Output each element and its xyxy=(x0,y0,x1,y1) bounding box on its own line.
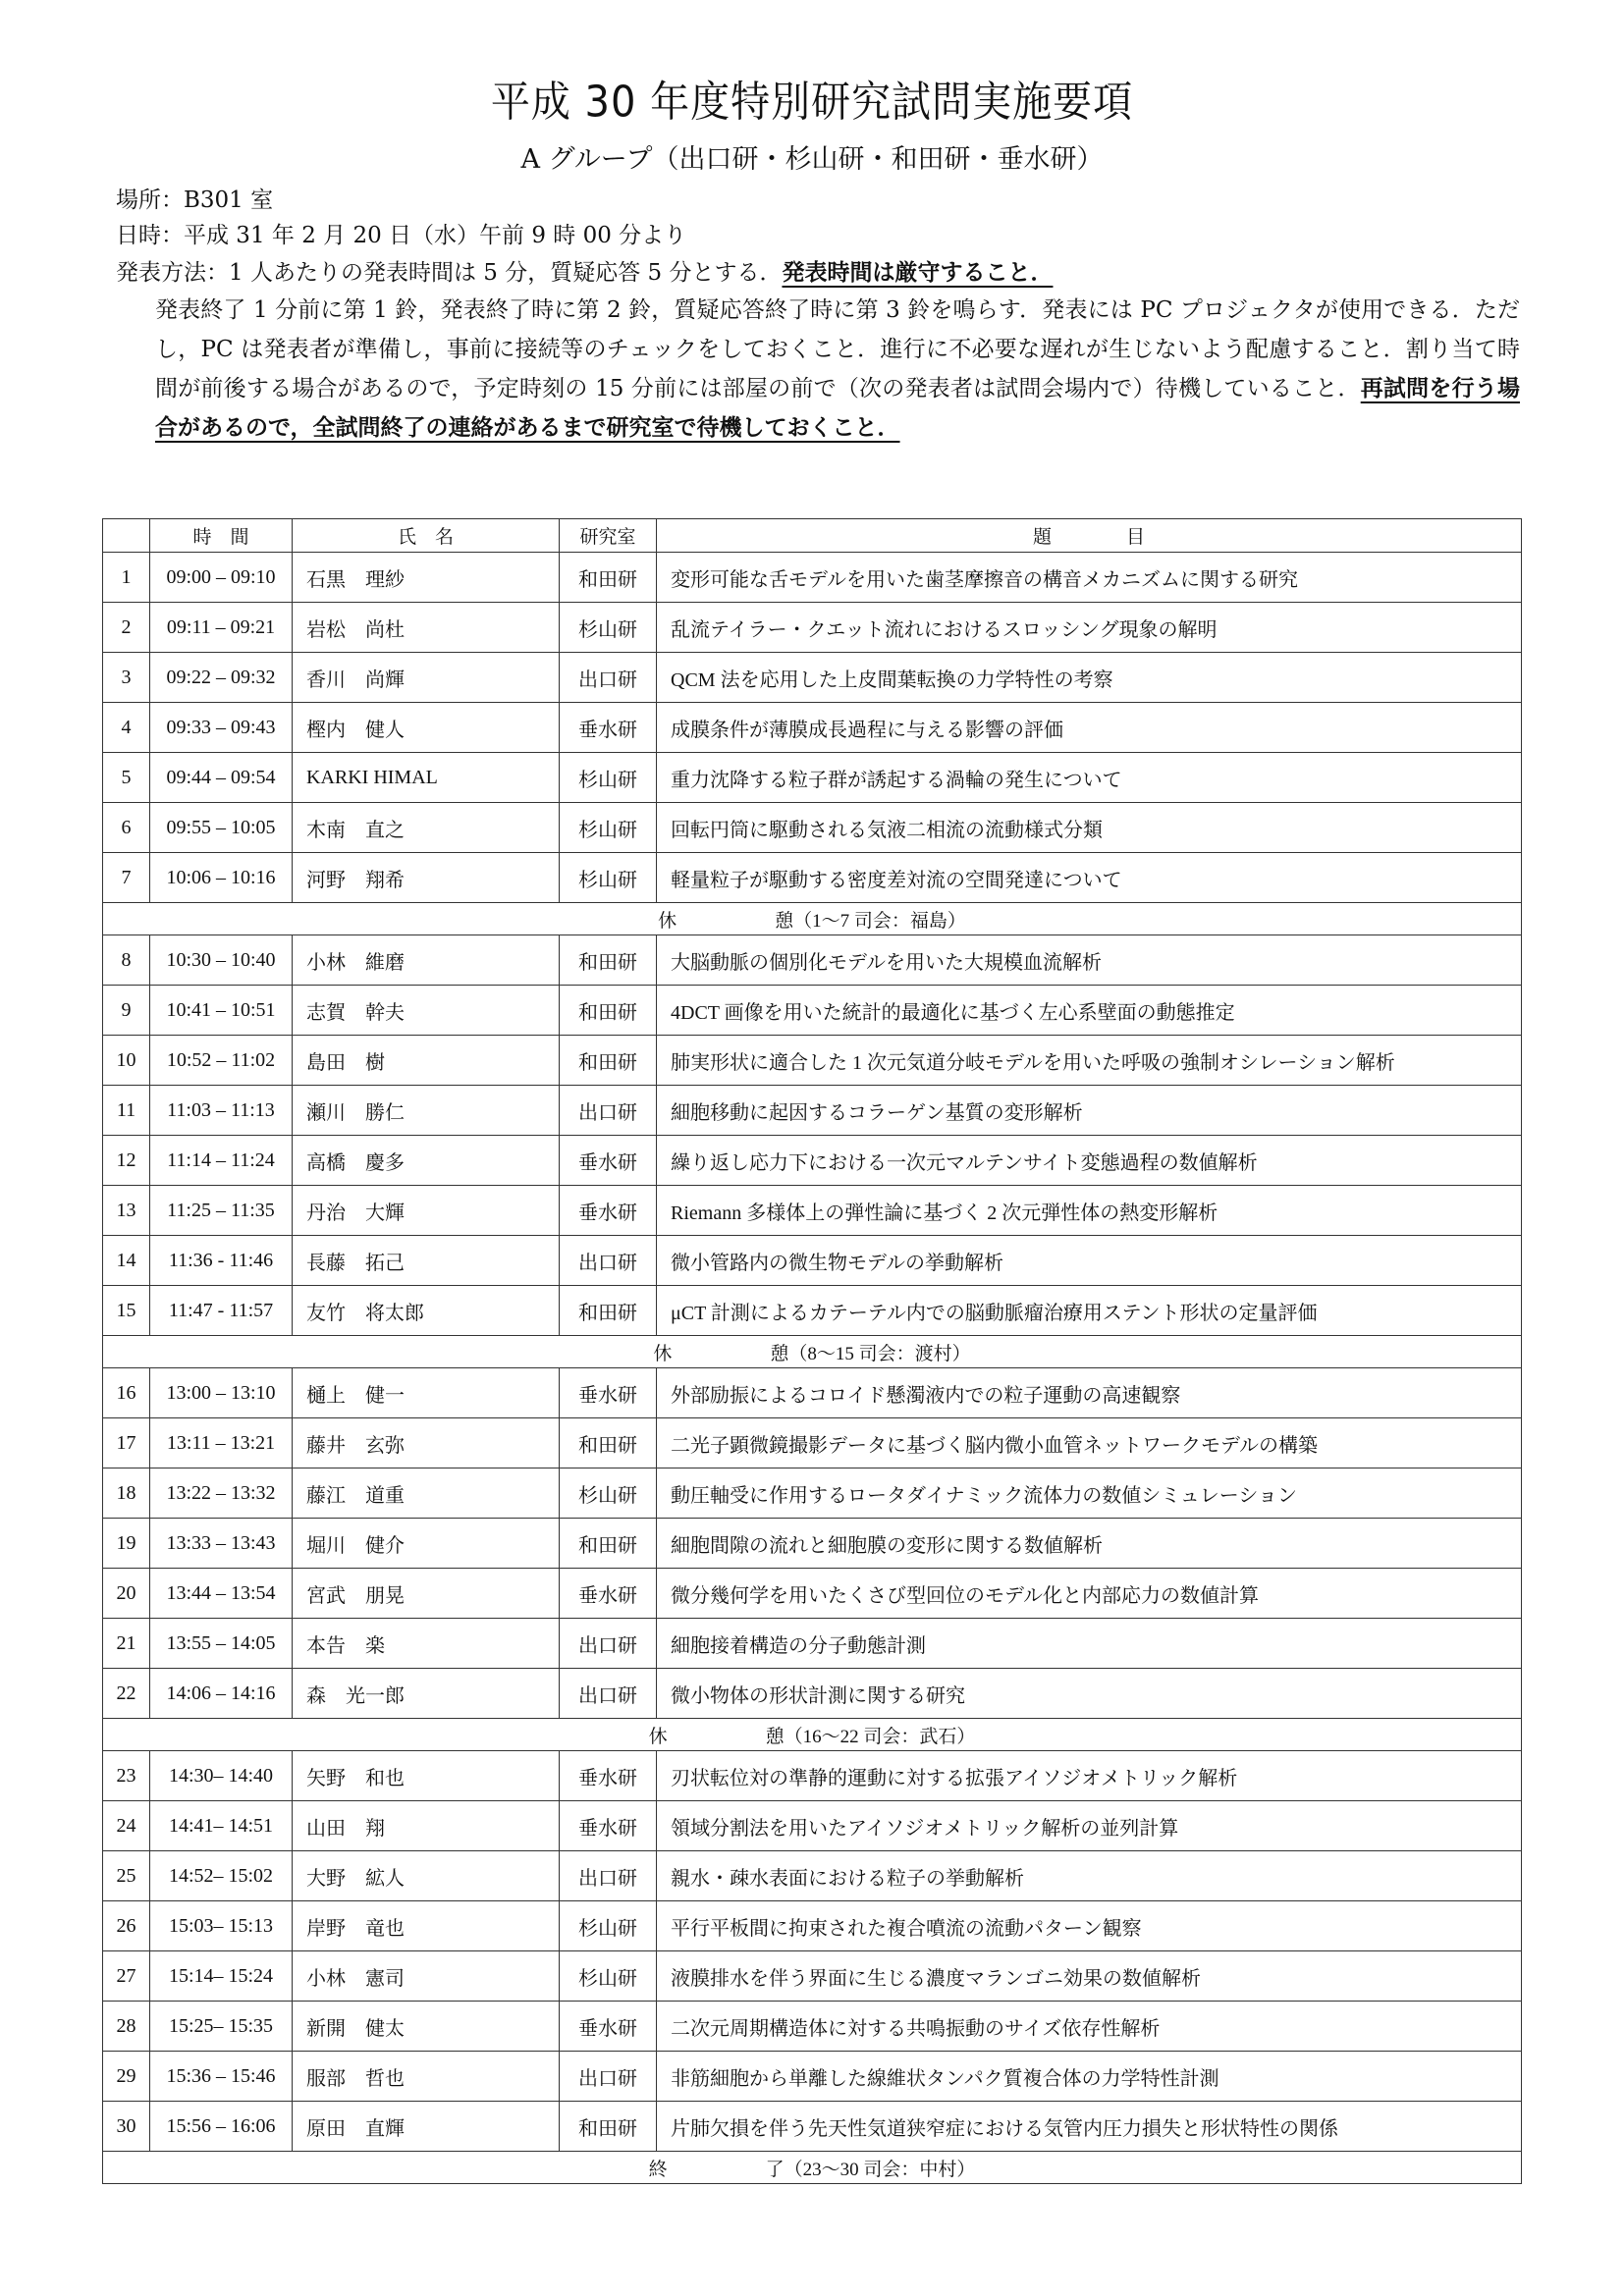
cell-lab: 和田研 xyxy=(560,986,657,1036)
table-row: 1111:03 – 11:13瀬川 勝仁出口研細胞移動に起因するコラーゲン基質の… xyxy=(103,1086,1522,1136)
cell-no: 27 xyxy=(103,1951,150,2002)
table-row: 1613:00 – 13:10樋上 健一垂水研外部励振によるコロイド懸濁液内での… xyxy=(103,1368,1522,1418)
cell-lab: 和田研 xyxy=(560,1286,657,1336)
break-row: 休憩（8〜15 司会：渡村） xyxy=(103,1336,1522,1368)
cell-lab: 杉山研 xyxy=(560,1468,657,1519)
cell-lab: 和田研 xyxy=(560,1418,657,1468)
cell-topic: 細胞移動に起因するコラーゲン基質の変形解析 xyxy=(657,1086,1522,1136)
cell-topic: 刃状転位対の準静的運動に対する拡張アイソジオメトリック解析 xyxy=(657,1751,1522,1801)
table-row: 2715:14– 15:24小林 憲司杉山研液膜排水を伴う界面に生じる濃度マラン… xyxy=(103,1951,1522,2002)
break-cell: 休憩（8〜15 司会：渡村） xyxy=(103,1336,1522,1368)
cell-topic: 微小管路内の微生物モデルの挙動解析 xyxy=(657,1236,1522,1286)
cell-lab: 出口研 xyxy=(560,653,657,703)
method-text: 発表方法：1 人あたりの発表時間は 5 分，質疑応答 5 分とする． xyxy=(116,260,782,286)
cell-lab: 和田研 xyxy=(560,1519,657,1569)
break-label-b: 憩（1〜7 司会：福島） xyxy=(775,911,966,932)
cell-no: 1 xyxy=(103,553,150,603)
cell-topic: 乱流テイラー・クエット流れにおけるスロッシング現象の解明 xyxy=(657,603,1522,653)
table-row: 1813:22 – 13:32藤江 道重杉山研動圧軸受に作用するロータダイナミッ… xyxy=(103,1468,1522,1519)
cell-topic: 二次元周期構造体に対する共鳴振動のサイズ依存性解析 xyxy=(657,2002,1522,2052)
break-label-b: 憩（8〜15 司会：渡村） xyxy=(770,1344,970,1364)
cell-topic: 片肺欠損を伴う先天性気道狭窄症における気管内圧力損失と形状特性の関係 xyxy=(657,2102,1522,2152)
cell-no: 16 xyxy=(103,1368,150,1418)
cell-no: 2 xyxy=(103,603,150,653)
cell-name: 矢野 和也 xyxy=(293,1751,560,1801)
cell-no: 30 xyxy=(103,2102,150,2152)
header-name: 氏 名 xyxy=(293,519,560,553)
cell-no: 7 xyxy=(103,853,150,903)
cell-name: 石黒 理紗 xyxy=(293,553,560,603)
table-row: 2113:55 – 14:05本告 楽出口研細胞接着構造の分子動態計測 xyxy=(103,1619,1522,1669)
cell-time: 10:30 – 10:40 xyxy=(150,935,293,986)
break-label-a: 休 xyxy=(658,906,677,933)
cell-lab: 杉山研 xyxy=(560,1901,657,1951)
cell-topic: 微分幾何学を用いたくさび型回位のモデル化と内部応力の数値計算 xyxy=(657,1569,1522,1619)
cell-name: 藤井 玄弥 xyxy=(293,1418,560,1468)
table-row: 2214:06 – 14:16森 光一郎出口研微小物体の形状計測に関する研究 xyxy=(103,1669,1522,1719)
cell-topic: 液膜排水を伴う界面に生じる濃度マランゴニ効果の数値解析 xyxy=(657,1951,1522,2002)
cell-lab: 杉山研 xyxy=(560,803,657,853)
cell-no: 20 xyxy=(103,1569,150,1619)
cell-lab: 杉山研 xyxy=(560,603,657,653)
table-row: 1311:25 – 11:35丹治 大輝垂水研Riemann 多様体上の弾性論に… xyxy=(103,1186,1522,1236)
method-line: 発表方法：1 人あたりの発表時間は 5 分，質疑応答 5 分とする．発表時間は厳… xyxy=(116,254,1053,287)
break-label-a: 終 xyxy=(649,2155,668,2181)
table-row: 409:33 – 09:43樫内 健人垂水研成膜条件が薄膜成長過程に与える影響の… xyxy=(103,703,1522,753)
cell-name: 丹治 大輝 xyxy=(293,1186,560,1236)
cell-topic: Riemann 多様体上の弾性論に基づく 2 次元弾性体の熱変形解析 xyxy=(657,1186,1522,1236)
table-row: 2615:03– 15:13岸野 竜也杉山研平行平板間に拘束された複合噴流の流動… xyxy=(103,1901,1522,1951)
cell-lab: 和田研 xyxy=(560,935,657,986)
table-row: 910:41 – 10:51志賀 幹夫和田研4DCT 画像を用いた統計的最適化に… xyxy=(103,986,1522,1036)
table-row: 309:22 – 09:32香川 尚輝出口研QCM 法を応用した上皮間葉転換の力… xyxy=(103,653,1522,703)
cell-time: 13:33 – 13:43 xyxy=(150,1519,293,1569)
cell-time: 10:41 – 10:51 xyxy=(150,986,293,1036)
cell-lab: 出口研 xyxy=(560,1669,657,1719)
header-no xyxy=(103,519,150,553)
cell-name: 友竹 将太郎 xyxy=(293,1286,560,1336)
cell-time: 09:55 – 10:05 xyxy=(150,803,293,853)
table-row: 1913:33 – 13:43堀川 健介和田研細胞間隙の流れと細胞膜の変形に関す… xyxy=(103,1519,1522,1569)
cell-time: 09:22 – 09:32 xyxy=(150,653,293,703)
cell-topic: 親水・疎水表面における粒子の挙動解析 xyxy=(657,1851,1522,1901)
cell-name: 原田 直輝 xyxy=(293,2102,560,2152)
cell-name: 高橋 慶多 xyxy=(293,1136,560,1186)
cell-time: 11:36 - 11:46 xyxy=(150,1236,293,1286)
break-row: 終了（23〜30 司会：中村） xyxy=(103,2152,1522,2184)
cell-time: 10:06 – 10:16 xyxy=(150,853,293,903)
cell-topic: 回転円筒に駆動される気液二相流の流動様式分類 xyxy=(657,803,1522,853)
break-row: 休憩（1〜7 司会：福島） xyxy=(103,903,1522,935)
cell-topic: 変形可能な舌モデルを用いた歯茎摩擦音の構音メカニズムに関する研究 xyxy=(657,553,1522,603)
break-cell: 休憩（16〜22 司会：武石） xyxy=(103,1719,1522,1751)
break-label-b: 憩（16〜22 司会：武石） xyxy=(766,1727,976,1747)
cell-topic: 繰り返し応力下における一次元マルテンサイト変態過程の数値解析 xyxy=(657,1136,1522,1186)
cell-no: 29 xyxy=(103,2052,150,2102)
cell-lab: 垂水研 xyxy=(560,1186,657,1236)
cell-no: 22 xyxy=(103,1669,150,1719)
cell-lab: 出口研 xyxy=(560,1619,657,1669)
cell-name: 木南 直之 xyxy=(293,803,560,853)
datetime-line: 日時：平成 31 年 2 月 20 日（水）午前 9 時 00 分より xyxy=(116,217,686,249)
document-title: 平成 30 年度特別研究試問実施要項 xyxy=(0,69,1624,130)
table-row: 810:30 – 10:40小林 維磨和田研大脳動脈の個別化モデルを用いた大規模… xyxy=(103,935,1522,986)
cell-no: 26 xyxy=(103,1901,150,1951)
schedule-table: 時 間 氏 名 研究室 題 目 109:00 – 09:10石黒 理紗和田研変形… xyxy=(102,518,1522,2184)
cell-lab: 和田研 xyxy=(560,1036,657,1086)
header-time: 時 間 xyxy=(150,519,293,553)
cell-time: 13:22 – 13:32 xyxy=(150,1468,293,1519)
table-row: 3015:56 – 16:06原田 直輝和田研片肺欠損を伴う先天性気道狭窄症にお… xyxy=(103,2102,1522,2152)
cell-name: 岩松 尚杜 xyxy=(293,603,560,653)
table-row: 1010:52 – 11:02島田 樹和田研肺実形状に適合した 1 次元気道分岐… xyxy=(103,1036,1522,1086)
cell-name: 新開 健太 xyxy=(293,2002,560,2052)
cell-time: 15:14– 15:24 xyxy=(150,1951,293,2002)
break-label-a: 休 xyxy=(649,1722,668,1748)
cell-topic: 動圧軸受に作用するロータダイナミック流体力の数値シミュレーション xyxy=(657,1468,1522,1519)
table-row: 2314:30– 14:40矢野 和也垂水研刃状転位対の準静的運動に対する拡張ア… xyxy=(103,1751,1522,1801)
cell-no: 11 xyxy=(103,1086,150,1136)
cell-no: 18 xyxy=(103,1468,150,1519)
cell-no: 10 xyxy=(103,1036,150,1086)
cell-time: 11:14 – 11:24 xyxy=(150,1136,293,1186)
cell-lab: 垂水研 xyxy=(560,1801,657,1851)
cell-topic: 細胞間隙の流れと細胞膜の変形に関する数値解析 xyxy=(657,1519,1522,1569)
cell-time: 15:03– 15:13 xyxy=(150,1901,293,1951)
table-row: 1411:36 - 11:46長藤 拓己出口研微小管路内の微生物モデルの挙動解析 xyxy=(103,1236,1522,1286)
cell-no: 13 xyxy=(103,1186,150,1236)
cell-no: 21 xyxy=(103,1619,150,1669)
cell-topic: 微小物体の形状計測に関する研究 xyxy=(657,1669,1522,1719)
cell-topic: 大脳動脈の個別化モデルを用いた大規模血流解析 xyxy=(657,935,1522,986)
cell-name: 河野 翔希 xyxy=(293,853,560,903)
cell-name: 長藤 拓己 xyxy=(293,1236,560,1286)
break-cell: 休憩（1〜7 司会：福島） xyxy=(103,903,1522,935)
cell-lab: 垂水研 xyxy=(560,1136,657,1186)
cell-no: 17 xyxy=(103,1418,150,1468)
cell-lab: 杉山研 xyxy=(560,753,657,803)
cell-topic: 細胞接着構造の分子動態計測 xyxy=(657,1619,1522,1669)
cell-name: 樫内 健人 xyxy=(293,703,560,753)
cell-no: 8 xyxy=(103,935,150,986)
cell-no: 24 xyxy=(103,1801,150,1851)
cell-topic: QCM 法を応用した上皮間葉転換の力学特性の考察 xyxy=(657,653,1522,703)
cell-topic: 平行平板間に拘束された複合噴流の流動パターン観察 xyxy=(657,1901,1522,1951)
table-row: 209:11 – 09:21岩松 尚杜杉山研乱流テイラー・クエット流れにおけるス… xyxy=(103,603,1522,653)
cell-no: 14 xyxy=(103,1236,150,1286)
method-emphasis: 発表時間は厳守すること． xyxy=(782,259,1053,286)
cell-time: 13:44 – 13:54 xyxy=(150,1569,293,1619)
cell-no: 15 xyxy=(103,1286,150,1336)
table-row: 509:44 – 09:54KARKI HIMAL杉山研重力沈降する粒子群が誘起… xyxy=(103,753,1522,803)
cell-topic: 軽量粒子が駆動する密度差対流の空間発達について xyxy=(657,853,1522,903)
cell-time: 15:56 – 16:06 xyxy=(150,2102,293,2152)
table-row: 2013:44 – 13:54宮武 朋晃垂水研微分幾何学を用いたくさび型回位のモ… xyxy=(103,1569,1522,1619)
cell-time: 13:00 – 13:10 xyxy=(150,1368,293,1418)
cell-lab: 杉山研 xyxy=(560,1951,657,2002)
cell-time: 14:06 – 14:16 xyxy=(150,1669,293,1719)
cell-lab: 出口研 xyxy=(560,1851,657,1901)
table-row: 2915:36 – 15:46服部 哲也出口研非筋細胞から単離した線維状タンパク… xyxy=(103,2052,1522,2102)
table-row: 1713:11 – 13:21藤井 玄弥和田研二光子顕微鏡撮影データに基づく脳内… xyxy=(103,1418,1522,1468)
cell-topic: 成膜条件が薄膜成長過程に与える影響の評価 xyxy=(657,703,1522,753)
cell-time: 14:30– 14:40 xyxy=(150,1751,293,1801)
break-label-a: 休 xyxy=(653,1339,672,1365)
cell-topic: 4DCT 画像を用いた統計的最適化に基づく左心系壁面の動態推定 xyxy=(657,986,1522,1036)
cell-topic: 重力沈降する粒子群が誘起する渦輪の発生について xyxy=(657,753,1522,803)
cell-lab: 垂水研 xyxy=(560,1569,657,1619)
cell-lab: 出口研 xyxy=(560,1236,657,1286)
cell-no: 3 xyxy=(103,653,150,703)
cell-topic: 外部励振によるコロイド懸濁液内での粒子運動の高速観察 xyxy=(657,1368,1522,1418)
cell-no: 6 xyxy=(103,803,150,853)
cell-no: 12 xyxy=(103,1136,150,1186)
cell-time: 11:03 – 11:13 xyxy=(150,1086,293,1136)
cell-lab: 杉山研 xyxy=(560,853,657,903)
table-row: 1511:47 - 11:57友竹 将太郎和田研μCT 計測によるカテーテル内で… xyxy=(103,1286,1522,1336)
cell-topic: 二光子顕微鏡撮影データに基づく脳内微小血管ネットワークモデルの構築 xyxy=(657,1418,1522,1468)
cell-lab: 垂水研 xyxy=(560,703,657,753)
cell-no: 5 xyxy=(103,753,150,803)
cell-no: 9 xyxy=(103,986,150,1036)
cell-lab: 出口研 xyxy=(560,2052,657,2102)
cell-time: 11:47 - 11:57 xyxy=(150,1286,293,1336)
table-header-row: 時 間 氏 名 研究室 題 目 xyxy=(103,519,1522,553)
cell-name: 瀬川 勝仁 xyxy=(293,1086,560,1136)
place-line: 場所：B301 室 xyxy=(116,182,273,214)
header-lab: 研究室 xyxy=(560,519,657,553)
header-topic: 題 目 xyxy=(657,519,1522,553)
cell-lab: 垂水研 xyxy=(560,1368,657,1418)
cell-topic: μCT 計測によるカテーテル内での脳動脈瘤治療用ステント形状の定量評価 xyxy=(657,1286,1522,1336)
cell-name: 樋上 健一 xyxy=(293,1368,560,1418)
cell-name: 服部 哲也 xyxy=(293,2052,560,2102)
cell-topic: 領域分割法を用いたアイソジオメトリック解析の並列計算 xyxy=(657,1801,1522,1851)
table-row: 710:06 – 10:16河野 翔希杉山研軽量粒子が駆動する密度差対流の空間発… xyxy=(103,853,1522,903)
cell-name: KARKI HIMAL xyxy=(293,753,560,803)
table-row: 109:00 – 09:10石黒 理紗和田研変形可能な舌モデルを用いた歯茎摩擦音… xyxy=(103,553,1522,603)
table-row: 2514:52– 15:02大野 絋人出口研親水・疎水表面における粒子の挙動解析 xyxy=(103,1851,1522,1901)
cell-no: 23 xyxy=(103,1751,150,1801)
cell-name: 本告 楽 xyxy=(293,1619,560,1669)
cell-name: 岸野 竜也 xyxy=(293,1901,560,1951)
cell-lab: 和田研 xyxy=(560,2102,657,2152)
cell-name: 宮武 朋晃 xyxy=(293,1569,560,1619)
cell-name: 小林 維磨 xyxy=(293,935,560,986)
cell-name: 志賀 幹夫 xyxy=(293,986,560,1036)
cell-lab: 和田研 xyxy=(560,553,657,603)
cell-topic: 非筋細胞から単離した線維状タンパク質複合体の力学特性計測 xyxy=(657,2052,1522,2102)
cell-name: 堀川 健介 xyxy=(293,1519,560,1569)
cell-name: 小林 憲司 xyxy=(293,1951,560,2002)
table-row: 2414:41– 14:51山田 翔垂水研領域分割法を用いたアイソジオメトリック… xyxy=(103,1801,1522,1851)
cell-time: 09:44 – 09:54 xyxy=(150,753,293,803)
break-label-b: 了（23〜30 司会：中村） xyxy=(766,2160,976,2180)
cell-time: 09:11 – 09:21 xyxy=(150,603,293,653)
cell-name: 大野 絋人 xyxy=(293,1851,560,1901)
break-cell: 終了（23〜30 司会：中村） xyxy=(103,2152,1522,2184)
instructions-text: 発表終了 1 分前に第 1 鈴，発表終了時に第 2 鈴，質疑応答終了時に第 3 … xyxy=(155,297,1520,401)
cell-no: 28 xyxy=(103,2002,150,2052)
cell-time: 15:36 – 15:46 xyxy=(150,2052,293,2102)
table-row: 1211:14 – 11:24高橋 慶多垂水研繰り返し応力下における一次元マルテ… xyxy=(103,1136,1522,1186)
cell-lab: 垂水研 xyxy=(560,1751,657,1801)
instructions-paragraph: 発表終了 1 分前に第 1 鈴，発表終了時に第 2 鈴，質疑応答終了時に第 3 … xyxy=(155,291,1520,448)
cell-name: 山田 翔 xyxy=(293,1801,560,1851)
cell-time: 09:00 – 09:10 xyxy=(150,553,293,603)
cell-time: 14:41– 14:51 xyxy=(150,1801,293,1851)
cell-name: 島田 樹 xyxy=(293,1036,560,1086)
schedule-body: 109:00 – 09:10石黒 理紗和田研変形可能な舌モデルを用いた歯茎摩擦音… xyxy=(103,553,1522,2184)
cell-topic: 肺実形状に適合した 1 次元気道分岐モデルを用いた呼吸の強制オシレーション解析 xyxy=(657,1036,1522,1086)
table-row: 609:55 – 10:05木南 直之杉山研回転円筒に駆動される気液二相流の流動… xyxy=(103,803,1522,853)
cell-lab: 垂水研 xyxy=(560,2002,657,2052)
cell-no: 4 xyxy=(103,703,150,753)
document-subtitle: A グループ（出口研・杉山研・和田研・垂水研） xyxy=(0,137,1624,176)
cell-time: 11:25 – 11:35 xyxy=(150,1186,293,1236)
cell-name: 香川 尚輝 xyxy=(293,653,560,703)
cell-time: 13:55 – 14:05 xyxy=(150,1619,293,1669)
cell-no: 19 xyxy=(103,1519,150,1569)
table-row: 2815:25– 15:35新開 健太垂水研二次元周期構造体に対する共鳴振動のサ… xyxy=(103,2002,1522,2052)
cell-no: 25 xyxy=(103,1851,150,1901)
cell-time: 13:11 – 13:21 xyxy=(150,1418,293,1468)
break-row: 休憩（16〜22 司会：武石） xyxy=(103,1719,1522,1751)
cell-time: 14:52– 15:02 xyxy=(150,1851,293,1901)
cell-time: 10:52 – 11:02 xyxy=(150,1036,293,1086)
cell-name: 森 光一郎 xyxy=(293,1669,560,1719)
cell-name: 藤江 道重 xyxy=(293,1468,560,1519)
cell-time: 15:25– 15:35 xyxy=(150,2002,293,2052)
cell-time: 09:33 – 09:43 xyxy=(150,703,293,753)
cell-lab: 出口研 xyxy=(560,1086,657,1136)
